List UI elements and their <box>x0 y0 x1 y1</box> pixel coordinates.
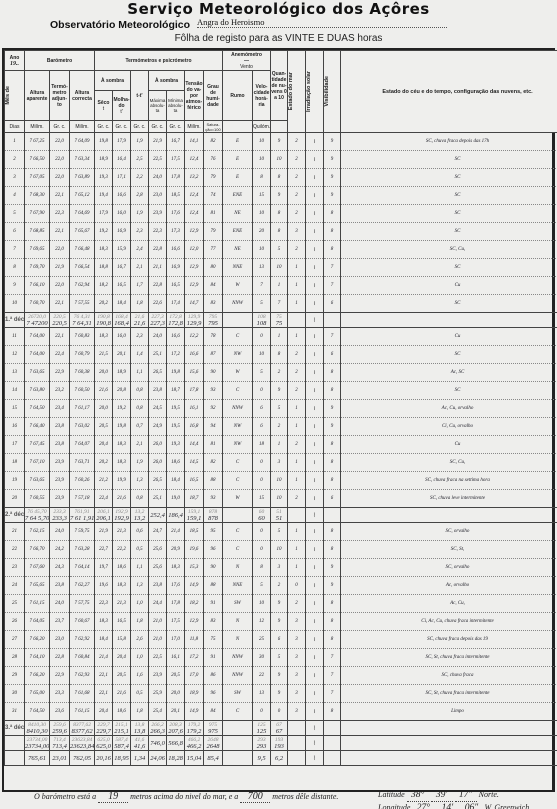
cell-hum: 90 <box>204 364 223 382</box>
cell-max: 25,1 <box>149 490 167 508</box>
cell-d: 1,9 <box>131 133 149 151</box>
cell-visibility: 8 <box>324 241 341 259</box>
cell-cld: 8 <box>271 169 288 187</box>
cell-ten: 14,9 <box>185 703 204 721</box>
summary-blank <box>341 313 557 328</box>
cell-cld: 8 <box>271 223 288 241</box>
irradiation-trace: ⌇ <box>306 346 324 364</box>
cell-tw: 16,6 <box>113 187 131 205</box>
cell-cld: 1 <box>271 277 288 295</box>
unit-gr-3: Gr. c. <box>113 121 131 133</box>
cell-t: 21,4 <box>95 649 113 667</box>
table-row: 247 65,6523,87 62,2719,618,31,323,817,61… <box>5 577 557 595</box>
cell-bar: 7 66,10 <box>25 277 50 295</box>
barometer-height: 19 <box>98 791 128 803</box>
cell-d: 1,8 <box>131 613 149 631</box>
cell-sea: 2 <box>288 151 306 169</box>
cell-dir: C <box>223 523 253 541</box>
cell-vel: 8 <box>253 559 271 577</box>
summary-cell: 765,61 <box>25 751 50 766</box>
cell-dir: C <box>223 382 253 400</box>
cell-max: 25,1 <box>149 346 167 364</box>
summary-cell: 259,6259,6 <box>50 721 70 736</box>
cell-cld: 10 <box>271 259 288 277</box>
cell-max: 26,5 <box>149 472 167 490</box>
cell-bar: 7 60,55 <box>25 490 50 508</box>
summary-blank <box>341 508 557 523</box>
cell-t: 19,6 <box>95 577 113 595</box>
cell-d: 2,8 <box>131 187 149 205</box>
cell-ten: 12,4 <box>185 187 204 205</box>
day-cell: 1 <box>5 133 25 151</box>
cell-barc: 7 60,83 <box>70 328 95 346</box>
cell-hum: 94 <box>204 418 223 436</box>
summary-cell: 566,8 <box>167 736 185 751</box>
cell-max: 21,0 <box>149 631 167 649</box>
cell-bar: 7 64,10 <box>25 649 50 667</box>
table-row: 27 66,5022,07 63,3418,916,42,522,517,512… <box>5 151 557 169</box>
table-row: 257 61,1524,07 57,7522,321,31,024,417,81… <box>5 595 557 613</box>
cell-max: 25,6 <box>149 541 167 559</box>
cell-t: 21,2 <box>95 472 113 490</box>
cell-ten: 14,7 <box>185 295 204 313</box>
cell-sea: 1 <box>288 418 306 436</box>
day-cell: 8 <box>5 259 25 277</box>
cell-cld: 1 <box>271 328 288 346</box>
cell-vel: 22 <box>253 667 271 685</box>
dry-bulb-header: Sêcot <box>95 91 113 121</box>
service-title: Serviço Meteorológico dos Açôres <box>0 0 557 18</box>
cell-d: 1,3 <box>131 472 149 490</box>
cell-cld: 5 <box>271 400 288 418</box>
cell-min: 16,5 <box>167 277 185 295</box>
cell-remarks: SC, Cu, <box>341 454 557 472</box>
day-cell: 12 <box>5 346 25 364</box>
cell-barc: 7 63,28 <box>70 541 95 559</box>
day-cell: 11 <box>5 328 25 346</box>
summary-cell: 229,7229,7 <box>95 721 113 736</box>
day-cell: 16 <box>5 418 25 436</box>
cell-barc: 7 60,79 <box>70 346 95 364</box>
cell-visibility: 6 <box>324 490 341 508</box>
table-row: 67 68,8522,17 65,6719,216,92,322,317,312… <box>5 223 557 241</box>
table-row: 97 66,1022,07 62,9418,216,51,722,816,512… <box>5 277 557 295</box>
cell-tadj: 22,9 <box>50 667 70 685</box>
cell-hum: 86 <box>204 667 223 685</box>
table-row: 17 67,2522,07 64,0919,817,91,921,916,714… <box>5 133 557 151</box>
cell-dir: N <box>223 631 253 649</box>
unit-blank-2 <box>271 121 288 133</box>
cell-visibility: 8 <box>324 472 341 490</box>
day-cell: 22 <box>5 541 25 559</box>
summary-blank <box>288 751 306 766</box>
cell-bar: 7 67,05 <box>25 169 50 187</box>
summary-cell: 186,4 <box>167 508 185 523</box>
cell-tadj: 22,0 <box>50 151 70 169</box>
cell-bar: 7 68,30 <box>25 187 50 205</box>
cell-tadj: 23,8 <box>50 436 70 454</box>
cell-ten: 11,8 <box>185 631 204 649</box>
cell-vel: 0 <box>253 541 271 559</box>
barometer-header: Barómetro <box>25 51 95 71</box>
cell-bar: 7 63,65 <box>25 472 50 490</box>
cell-tadj: 22,1 <box>50 223 70 241</box>
cell-vel: 10 <box>253 151 271 169</box>
table-row: 157 64,5023,47 61,1720,019,20,824,519,51… <box>5 400 557 418</box>
summary-cell: 23623,8423623,84 <box>70 736 95 751</box>
cell-tw: 16,7 <box>113 259 131 277</box>
unit-mm-3: Milím. <box>185 121 204 133</box>
irradiation-trace: ⌇ <box>306 490 324 508</box>
cell-remarks: SC <box>341 169 557 187</box>
cell-dir: NNE <box>223 577 253 595</box>
cell-d: 0,8 <box>131 382 149 400</box>
unit-mm-1: Milím. <box>25 121 50 133</box>
day-cell: 29 <box>5 667 25 685</box>
cell-tw: 21,3 <box>113 523 131 541</box>
summary-cell: 6060 <box>253 508 271 523</box>
table-row: 147 63,8023,27 60,5021,620,80,823,818,71… <box>5 382 557 400</box>
cell-bar: 7 65,00 <box>25 685 50 703</box>
cell-vel: 5 <box>253 364 271 382</box>
cell-max: 26,0 <box>149 454 167 472</box>
summary-cell: 190,8190,8 <box>95 313 113 328</box>
cell-d: 0,5 <box>131 685 149 703</box>
table-row: 87 69,7021,97 66,5418,816,72,121,116,912… <box>5 259 557 277</box>
cell-max: 24,0 <box>149 169 167 187</box>
cell-min: 20,1 <box>167 703 185 721</box>
observatory-line: Observatório Meteorológico Angra do Hero… <box>50 17 447 31</box>
cell-hum: 93 <box>204 490 223 508</box>
cell-tw: 17,9 <box>113 133 131 151</box>
cell-sea: 1 <box>288 400 306 418</box>
summary-cell: 8377,628377,62 <box>70 721 95 736</box>
cell-hum: 79 <box>204 223 223 241</box>
cell-tadj: 23,9 <box>50 472 70 490</box>
cell-bar: 7 69,65 <box>25 241 50 259</box>
cell-bar: 7 66,50 <box>25 151 50 169</box>
day-cell: 3 <box>5 169 25 187</box>
day-cell: 27 <box>5 631 25 649</box>
table-row: 107 60,7022,17 57,5520,218,41,822,617,41… <box>5 295 557 313</box>
cell-tw: 21,6 <box>113 685 131 703</box>
cell-sea: 3 <box>288 685 306 703</box>
observatory-label: Observatório Meteorológico <box>50 19 190 31</box>
cell-d: 1,0 <box>131 595 149 613</box>
cell-visibility: 8 <box>324 223 341 241</box>
irradiation-trace: ⌇ <box>306 313 324 328</box>
summary-cell: 975975 <box>204 721 223 736</box>
cell-hum: 87 <box>204 346 223 364</box>
cell-ten: 14,9 <box>185 577 204 595</box>
unit-sat: Satura-ção=100 <box>204 121 223 133</box>
cell-sea: 2 <box>288 346 306 364</box>
cell-tw: 18,6 <box>113 559 131 577</box>
cell-hum: 88 <box>204 472 223 490</box>
day-cell: 4 <box>5 187 25 205</box>
cell-tw: 22,2 <box>113 541 131 559</box>
cell-sea: 3 <box>288 703 306 721</box>
solar-irradiation-header: Irradiação solar <box>306 51 324 133</box>
cell-barc: 7 62,93 <box>70 667 95 685</box>
cell-t: 19,8 <box>95 133 113 151</box>
cell-d: 2,2 <box>131 169 149 187</box>
cell-ten: 12,9 <box>185 613 204 631</box>
cell-d: 2,3 <box>131 328 149 346</box>
cell-vel: 0 <box>253 472 271 490</box>
summary-row: 765,6123,01762,0520,1618,951,3424,0618,2… <box>5 751 557 766</box>
summary-cell: 76 4,317 64,31 <box>70 313 95 328</box>
cell-cld: 8 <box>271 205 288 223</box>
cell-d: 2,4 <box>131 241 149 259</box>
cell-tw: 18,3 <box>113 577 131 595</box>
irradiation-trace: ⌇ <box>306 685 324 703</box>
irradiation-trace: ⌇ <box>306 259 324 277</box>
cell-bar: 7 64,05 <box>25 613 50 631</box>
cell-sea: 2 <box>288 436 306 454</box>
cell-dir: SW <box>223 595 253 613</box>
cell-ten: 17,0 <box>185 667 204 685</box>
cell-t: 19,3 <box>95 169 113 187</box>
cell-remarks: SC, chuva fraca depois das 19 <box>341 631 557 649</box>
cell-d: 2,3 <box>131 223 149 241</box>
cell-min: 20,0 <box>167 685 185 703</box>
cell-min: 18,3 <box>167 559 185 577</box>
unit-gr-5: Gr. c. <box>149 121 167 133</box>
cell-cld: 9 <box>271 187 288 205</box>
cell-tadj: 23,8 <box>50 418 70 436</box>
cell-dir: ENE <box>223 223 253 241</box>
cell-max: 21,9 <box>149 133 167 151</box>
cell-cld: 0 <box>271 703 288 721</box>
cell-cld: 5 <box>271 523 288 541</box>
summary-cell: 18,95 <box>113 751 131 766</box>
summary-cell: 168,4168,4 <box>113 313 131 328</box>
summary-cell: 227,3227,3 <box>149 313 167 328</box>
cell-hum: 93 <box>204 382 223 400</box>
summary-cell <box>223 313 253 328</box>
summary-cell: 9,5 <box>253 751 271 766</box>
cell-min: 18,7 <box>167 382 185 400</box>
cell-tadj: 24,3 <box>50 559 70 577</box>
summary-blank <box>288 313 306 328</box>
cell-ten: 14,1 <box>185 133 204 151</box>
min-header: Mínima absolu-ta <box>167 91 185 121</box>
cell-max: 22,3 <box>149 223 167 241</box>
cell-tw: 19,9 <box>113 472 131 490</box>
cell-min: 19,8 <box>167 364 185 382</box>
cell-tw: 18,4 <box>113 295 131 313</box>
cell-visibility: 8 <box>324 436 341 454</box>
cell-tw: 20,5 <box>113 667 131 685</box>
cell-barc: 7 60,38 <box>70 364 95 382</box>
cell-remarks: Cu <box>341 436 557 454</box>
table-row: 237 67,6024,37 64,1419,718,61,125,618,31… <box>5 559 557 577</box>
irradiation-trace: ⌇ <box>306 328 324 346</box>
cell-vel: 10 <box>253 133 271 151</box>
cell-ten: 16,8 <box>185 418 204 436</box>
cell-max: 26,0 <box>149 436 167 454</box>
cell-visibility: 6 <box>324 295 341 313</box>
cell-barc: 7 61,17 <box>70 400 95 418</box>
cell-cld: 5 <box>271 649 288 667</box>
cell-hum: 91 <box>204 595 223 613</box>
cell-dir: E <box>223 169 253 187</box>
cell-vel: 10 <box>253 346 271 364</box>
summary-blank <box>324 508 341 523</box>
shade-header-2: À sombra <box>149 71 185 91</box>
cell-cld: 10 <box>271 472 288 490</box>
cell-remarks: SC <box>341 223 557 241</box>
cell-tadj: 22,1 <box>50 187 70 205</box>
cell-tadj: 22,4 <box>50 346 70 364</box>
cell-bar: 7 66,20 <box>25 631 50 649</box>
cell-max: 22,5 <box>149 649 167 667</box>
cell-barc: 7 66,54 <box>70 259 95 277</box>
cell-tadj: 22,0 <box>50 169 70 187</box>
cell-bar: 7 66,20 <box>25 667 50 685</box>
irradiation-trace: ⌇ <box>306 577 324 595</box>
cell-hum: 92 <box>204 400 223 418</box>
shade-header-1: À sombra <box>95 71 131 91</box>
cell-max: 24,4 <box>149 595 167 613</box>
cell-ten: 18,9 <box>185 685 204 703</box>
cell-tadj: 23,0 <box>50 631 70 649</box>
cell-visibility: 8 <box>324 523 341 541</box>
cell-d: 0,8 <box>131 490 149 508</box>
cell-remarks: SC <box>341 295 557 313</box>
table-row: 227 66,7024,27 63,2822,722,20,525,620,91… <box>5 541 557 559</box>
cell-barc: 7 62,92 <box>70 631 95 649</box>
cell-visibility: 9 <box>324 187 341 205</box>
cell-hum: 74 <box>204 187 223 205</box>
cell-remarks: Ci, Ac, Cu, chuva fraca intermitente <box>341 613 557 631</box>
irradiation-trace: ⌇ <box>306 508 324 523</box>
summary-cell: 878878 <box>204 508 223 523</box>
cell-bar: 7 62,15 <box>25 523 50 541</box>
cell-ten: 17,2 <box>185 649 204 667</box>
cell-bar: 7 66,70 <box>25 541 50 559</box>
latitude-line: Latitude 38° 39' 17" Norte. <box>378 789 529 802</box>
altura-corrigida-header: Altura correcta <box>70 71 95 121</box>
summary-cell: 1,34 <box>131 751 149 766</box>
cell-remarks: SC, chuva fraca <box>341 667 557 685</box>
cell-vel: 13 <box>253 259 271 277</box>
cell-barc: 7 61,68 <box>70 685 95 703</box>
table-row: 217 62,1524,07 59,7521,921,30,624,721,41… <box>5 523 557 541</box>
cell-hum: 78 <box>204 328 223 346</box>
cell-bar: 7 67,25 <box>25 133 50 151</box>
cell-barc: 7 60,26 <box>70 472 95 490</box>
cell-hum: 91 <box>204 649 223 667</box>
cell-barc: 7 65,67 <box>70 223 95 241</box>
cell-vel: 18 <box>253 436 271 454</box>
cell-tadj: 23,2 <box>50 382 70 400</box>
cell-min: 18,4 <box>167 472 185 490</box>
day-cell: 15 <box>5 400 25 418</box>
cell-dir: NNW <box>223 667 253 685</box>
cell-ten: 14,5 <box>185 454 204 472</box>
irradiation-trace: ⌇ <box>306 205 324 223</box>
cell-tw: 17,1 <box>113 169 131 187</box>
table-row: 317 64,5023,67 61,1520,418,61,825,420,11… <box>5 703 557 721</box>
cell-ten: 16,1 <box>185 400 204 418</box>
irradiation-trace: ⌇ <box>306 169 324 187</box>
summary-cell: 713,4713,4 <box>50 736 70 751</box>
cell-min: 17,5 <box>167 613 185 631</box>
cell-remarks: SC <box>341 382 557 400</box>
cell-vel: 10 <box>253 595 271 613</box>
summary-cell: 23,01 <box>50 751 70 766</box>
cell-hum: 83 <box>204 295 223 313</box>
cell-d: 1,3 <box>131 577 149 595</box>
anemometer-header: Anemómetro—Vento <box>223 51 271 71</box>
summary-cell: 466,2466,2 <box>185 736 204 751</box>
month-header: Mês de <box>5 71 25 121</box>
cell-hum: 75 <box>204 631 223 649</box>
cell-d: 2,1 <box>131 436 149 454</box>
cell-t: 18,3 <box>95 613 113 631</box>
summary-blank <box>324 736 341 751</box>
summary-blank <box>324 751 341 766</box>
cell-cld: 2 <box>271 418 288 436</box>
cell-visibility: 8 <box>324 595 341 613</box>
cell-barc: 7 65,12 <box>70 187 95 205</box>
cell-ten: 14,4 <box>185 436 204 454</box>
cell-tadj: 24,2 <box>50 541 70 559</box>
cell-min: 19,5 <box>167 400 185 418</box>
cell-sea: 1 <box>288 541 306 559</box>
cell-tadj: 23,8 <box>50 577 70 595</box>
cell-barc: 7 63,71 <box>70 454 95 472</box>
cell-ten: 17,8 <box>185 382 204 400</box>
cell-bar: 7 67,10 <box>25 454 50 472</box>
cell-hum: 84 <box>204 703 223 721</box>
cell-max: 21,1 <box>149 259 167 277</box>
cell-min: 19,5 <box>167 418 185 436</box>
cell-sea: 1 <box>288 454 306 472</box>
cell-hum: 76 <box>204 151 223 169</box>
cell-t: 21,9 <box>95 523 113 541</box>
cell-tadj: 22,8 <box>50 649 70 667</box>
summary-cell: 5151 <box>271 508 288 523</box>
cell-sea: 2 <box>288 187 306 205</box>
cell-vel: 12 <box>253 613 271 631</box>
barometer-distance: 700 <box>240 791 270 803</box>
irradiation-trace: ⌇ <box>306 613 324 631</box>
day-cell: 14 <box>5 382 25 400</box>
cell-cld: 7 <box>271 295 288 313</box>
cell-sea: 3 <box>288 613 306 631</box>
cell-bar: 7 69,70 <box>25 259 50 277</box>
cell-sea: 3 <box>288 223 306 241</box>
cell-remarks: Ac, Cu, orvalho <box>341 400 557 418</box>
observation-rows: 17 67,2522,07 64,0919,817,91,921,916,714… <box>5 133 557 766</box>
cell-hum: 82 <box>204 133 223 151</box>
cell-max: 23,8 <box>149 382 167 400</box>
cell-max: 24,9 <box>149 418 167 436</box>
cell-t: 20,4 <box>95 436 113 454</box>
irradiation-trace: ⌇ <box>306 751 324 766</box>
summary-cell: 41,641,6 <box>131 736 149 751</box>
cell-remarks: SC, chuva fraca depois das 17h <box>341 133 557 151</box>
cell-cld: 6 <box>271 631 288 649</box>
cell-cld: 9 <box>271 595 288 613</box>
cell-ten: 12,9 <box>185 277 204 295</box>
sheet-title: Fôlha de registo para as VINTE E DUAS ho… <box>0 33 557 44</box>
cell-sea: 1 <box>288 559 306 577</box>
cell-dir: C <box>223 472 253 490</box>
